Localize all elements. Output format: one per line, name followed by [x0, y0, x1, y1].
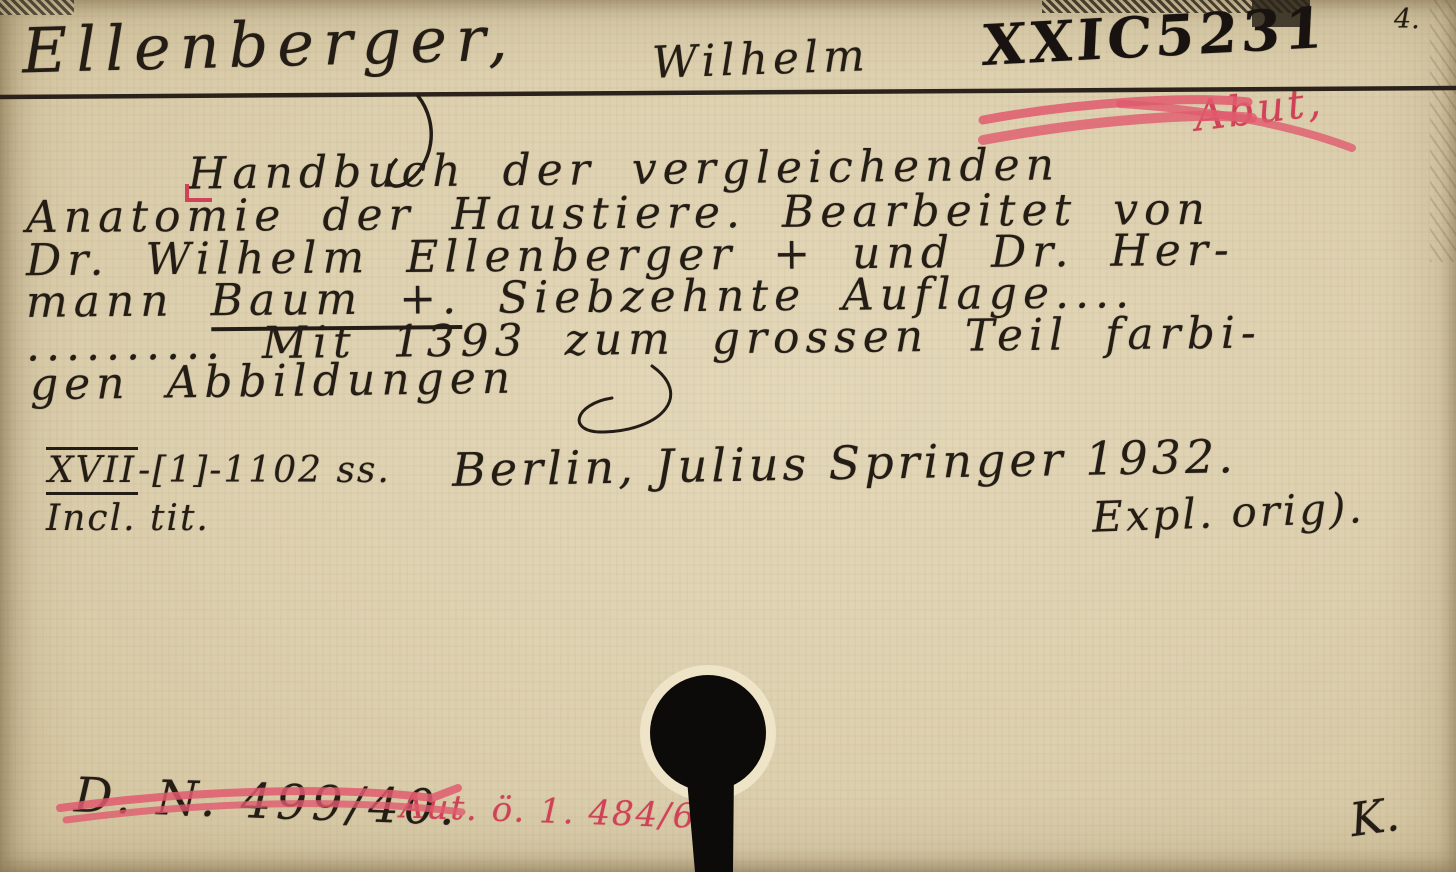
torn-right-edge: [1430, 0, 1456, 262]
title-line-6: gen Abbildungen: [30, 353, 517, 411]
note-expl-orig: Expl. orig).: [1091, 483, 1365, 541]
collation-roman-numeral: XVII: [46, 447, 138, 495]
pen-swash: [579, 366, 671, 432]
punch-hole-halo: [640, 665, 776, 801]
collation-pages: XVII-[1]-1102 ss.: [46, 450, 391, 491]
cataloger-initial: K.: [1346, 787, 1402, 847]
heading-surname: Ellenberger,: [21, 2, 517, 88]
collation-pages-rest: -[1]-1102 ss.: [138, 450, 391, 491]
punch-hole: [650, 675, 766, 791]
heading-forename: Wilhelm: [651, 30, 870, 89]
note-incl-tit: Incl. tit.: [46, 498, 210, 539]
call-number: XXIC5231: [981, 0, 1330, 79]
catalog-card-scan: Ellenberger, Wilhelm XXIC5231 4. Abut, H…: [0, 0, 1456, 872]
red-annotation-top: Abut,: [1191, 76, 1326, 140]
imprint: Berlin, Julius Springer 1932.: [452, 429, 1238, 497]
format-number: 4.: [1394, 4, 1420, 35]
